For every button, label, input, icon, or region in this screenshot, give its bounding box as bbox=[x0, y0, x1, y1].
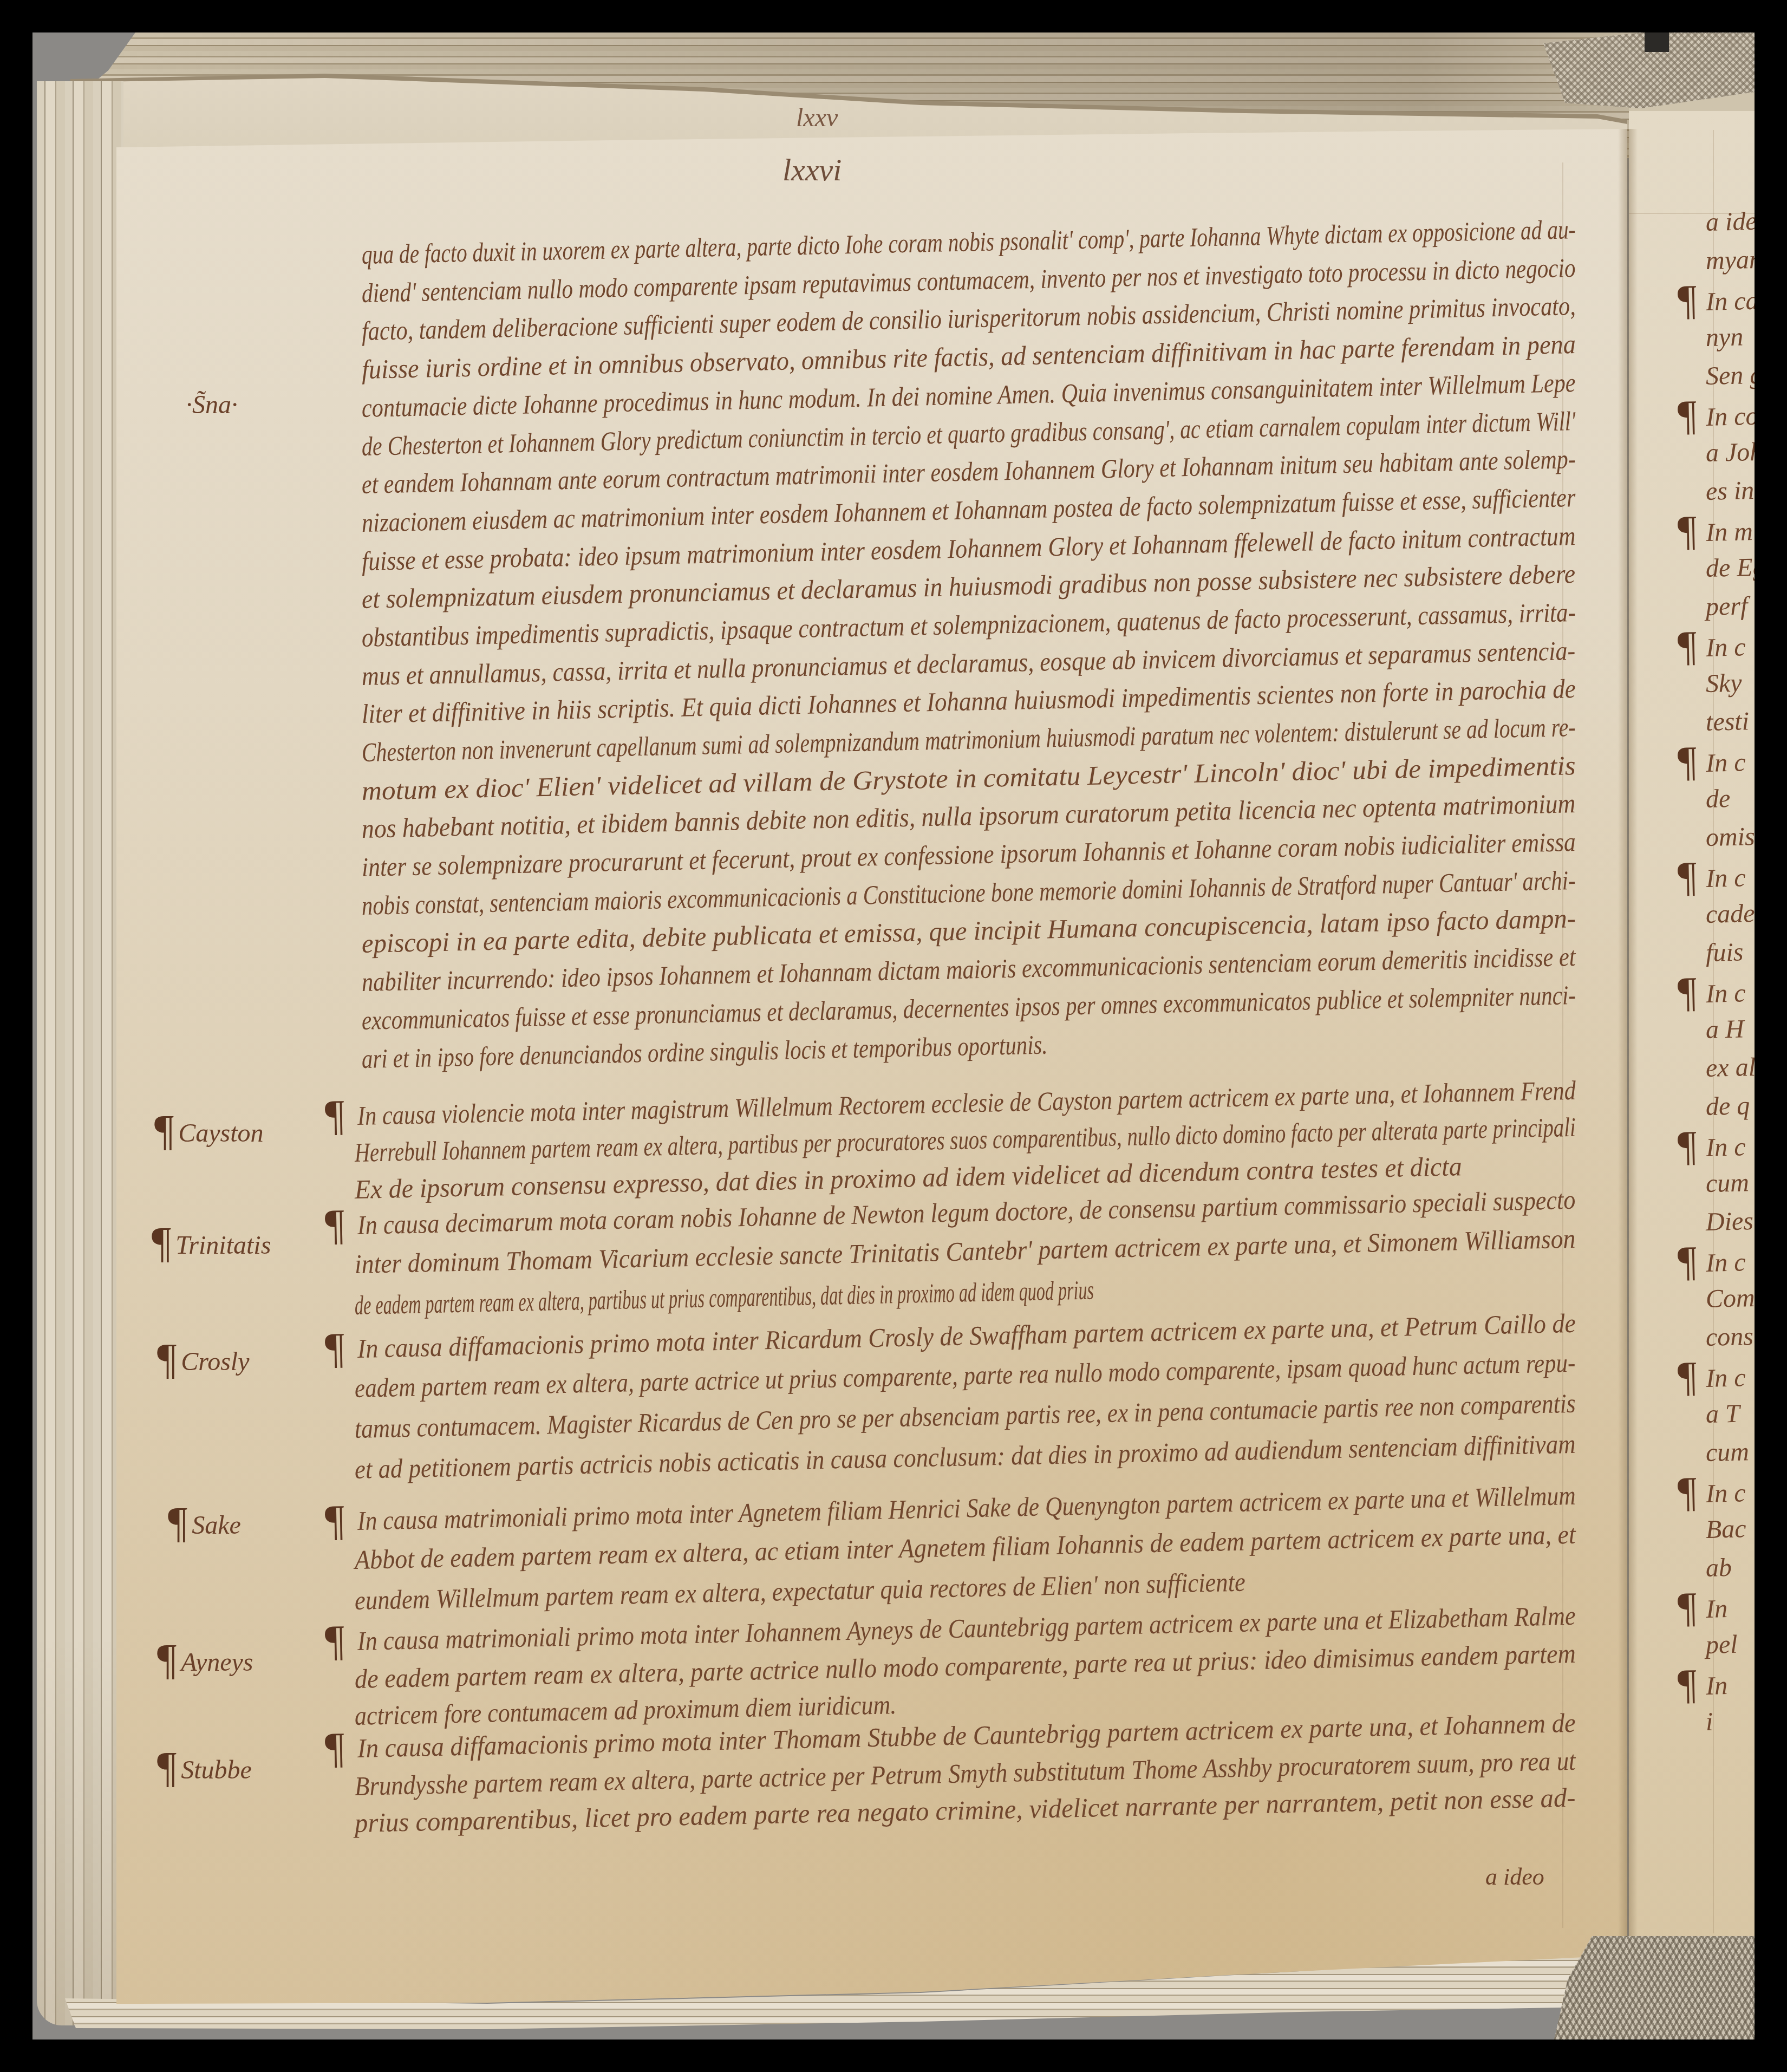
paragraph-mark: ¶ bbox=[324, 1732, 344, 1765]
facing-page-line: cade bbox=[1677, 897, 1755, 931]
facing-page-line: ¶In c bbox=[1677, 974, 1746, 1008]
paragraph-mark: ¶ bbox=[1677, 514, 1706, 547]
facing-page-line: fuis bbox=[1677, 936, 1744, 970]
binding-gutter bbox=[1618, 129, 1638, 1959]
facing-page-line: ¶In c bbox=[1677, 628, 1746, 662]
facing-page-line: testi bbox=[1677, 705, 1749, 739]
paragraph-mark bbox=[1678, 1541, 1706, 1542]
facing-page-line: a Joh bbox=[1677, 436, 1763, 470]
facing-page-line: ¶In c bbox=[1677, 859, 1746, 893]
margin-note-label: Sake bbox=[192, 1511, 241, 1540]
paragraph-mark bbox=[1678, 849, 1706, 850]
margin-note: ¶Ayneys bbox=[157, 1644, 253, 1676]
paragraph-mark bbox=[1678, 349, 1706, 350]
paragraph-mark bbox=[1678, 503, 1706, 504]
paragraph-mark: ¶ bbox=[1677, 1475, 1706, 1508]
paragraph-mark bbox=[1678, 1734, 1706, 1734]
paragraph-mark: ¶ bbox=[1677, 399, 1706, 432]
facing-page-line: Sen g bbox=[1677, 359, 1763, 393]
facing-page-line: ¶In c bbox=[1677, 744, 1746, 778]
frame-left bbox=[0, 0, 32, 2072]
margin-note-label: Ayneys bbox=[181, 1648, 253, 1677]
paragraph-mark bbox=[1678, 695, 1706, 696]
paragraph-mark: ¶ bbox=[324, 1099, 344, 1132]
paragraph-mark: ¶ bbox=[1677, 1667, 1706, 1700]
paragraph-mark: ¶ bbox=[157, 1744, 177, 1791]
facing-page-line: ¶In c bbox=[1677, 1128, 1746, 1162]
paragraph-mark: ¶ bbox=[1677, 1244, 1706, 1278]
paragraph-mark: ¶ bbox=[157, 1636, 177, 1684]
facing-page-line: cum bbox=[1677, 1167, 1749, 1201]
margin-note: ¶Crosly bbox=[157, 1343, 249, 1376]
facing-page-line: ex al bbox=[1677, 1051, 1756, 1085]
paragraph-mark: ¶ bbox=[154, 1107, 174, 1155]
paragraph-mark bbox=[1678, 811, 1706, 811]
facing-page-line: myan bbox=[1677, 244, 1762, 278]
paragraph-mark bbox=[1678, 1118, 1706, 1119]
paragraph-mark: ¶ bbox=[324, 1209, 344, 1242]
paragraph-mark bbox=[1678, 1041, 1706, 1042]
facing-page-line: Com bbox=[1677, 1282, 1755, 1316]
facing-page-line: es in bbox=[1677, 474, 1755, 509]
facing-page-line: perf bbox=[1677, 590, 1748, 624]
facing-page-line: i bbox=[1677, 1706, 1713, 1739]
binding-gap bbox=[1645, 32, 1669, 52]
facing-page-line: Dies bbox=[1677, 1205, 1753, 1239]
facing-page-line: de Eg bbox=[1677, 551, 1766, 585]
frame-right bbox=[1755, 0, 1787, 2072]
facing-page-line: ¶In co bbox=[1677, 398, 1759, 432]
paragraph-mark bbox=[1678, 580, 1706, 581]
facing-page-line: ¶In bbox=[1677, 1590, 1727, 1624]
facing-page-line: de q bbox=[1677, 1090, 1750, 1124]
frame-top bbox=[0, 0, 1787, 32]
facing-page-line: ab bbox=[1677, 1552, 1732, 1585]
paragraph-mark: ¶ bbox=[324, 1332, 344, 1365]
paragraph-mark bbox=[1678, 618, 1706, 619]
facing-page-line: cons bbox=[1677, 1320, 1753, 1354]
facing-page-line: Sky bbox=[1677, 667, 1742, 701]
paragraph-mark bbox=[1678, 1195, 1706, 1196]
margin-note-label: Stubbe bbox=[181, 1756, 252, 1784]
facing-page-line: ¶In bbox=[1677, 1667, 1727, 1700]
paragraph-mark: ¶ bbox=[324, 1625, 344, 1658]
margin-note-label: Crosly bbox=[181, 1347, 249, 1376]
facing-page-line: ¶In m bbox=[1677, 513, 1753, 547]
facing-page-line: a H bbox=[1677, 1013, 1744, 1047]
paragraph-mark bbox=[1678, 1464, 1706, 1465]
paragraph-mark bbox=[1678, 1580, 1706, 1580]
folio-number-previous: lxxv bbox=[796, 103, 838, 133]
paragraph-mark bbox=[1678, 1080, 1706, 1080]
paragraph-mark bbox=[1678, 388, 1706, 388]
margin-note: ¶Stubbe bbox=[157, 1751, 252, 1784]
margin-note: ¶Trinitatis bbox=[152, 1227, 271, 1259]
paragraph-mark bbox=[1678, 234, 1706, 234]
facing-page-line: ¶In c bbox=[1677, 1474, 1746, 1508]
paragraph-mark: ¶ bbox=[1677, 745, 1706, 778]
margin-note: ·S̃na· bbox=[181, 386, 238, 419]
paragraph-mark bbox=[1678, 1349, 1706, 1350]
paragraph-mark: ¶ bbox=[1677, 1360, 1706, 1393]
facing-page-line: ¶In c bbox=[1677, 1243, 1746, 1278]
paragraph-mark bbox=[1678, 272, 1706, 273]
paragraph-mark: ¶ bbox=[324, 1504, 344, 1537]
frame-bottom bbox=[0, 2040, 1787, 2072]
margin-note: ¶Cayston bbox=[154, 1115, 264, 1147]
paragraph-mark: ¶ bbox=[157, 1335, 177, 1383]
facing-page-line: a T bbox=[1677, 1398, 1740, 1431]
paragraph-mark: ¶ bbox=[1677, 629, 1706, 662]
paragraph-mark bbox=[1678, 1657, 1706, 1657]
folio-number: lxxvi bbox=[782, 152, 842, 188]
paragraph-mark: ¶ bbox=[1677, 283, 1706, 316]
facing-page-line: pel bbox=[1677, 1628, 1738, 1662]
paragraph-mark bbox=[1678, 1426, 1706, 1426]
binding-fabric-bottom bbox=[1554, 1936, 1755, 2040]
catchword: a ideo bbox=[1485, 1863, 1544, 1891]
margin-note-label: Trinitatis bbox=[175, 1231, 271, 1260]
paragraph-mark bbox=[1678, 1234, 1706, 1234]
paragraph-mark bbox=[1678, 965, 1706, 965]
paragraph-mark: ¶ bbox=[152, 1219, 171, 1267]
facing-page-line: de bbox=[1677, 783, 1731, 816]
paragraph-mark: ¶ bbox=[168, 1499, 187, 1547]
facing-page-line: nyn bbox=[1677, 321, 1744, 355]
paragraph-mark bbox=[1678, 734, 1706, 734]
facing-page-line: cum bbox=[1677, 1436, 1749, 1470]
paragraph-mark bbox=[1678, 465, 1706, 465]
paragraph-mark bbox=[1678, 1311, 1706, 1311]
paragraph-mark: ¶ bbox=[1677, 1591, 1706, 1624]
paragraph-mark bbox=[1678, 926, 1706, 927]
paragraph-mark: ¶ bbox=[1677, 975, 1706, 1008]
facing-page-line: Bac bbox=[1677, 1513, 1746, 1547]
margin-note-label: ·S̃na· bbox=[186, 390, 238, 419]
margin-note-label: Cayston bbox=[178, 1119, 263, 1148]
facing-page-line: omis bbox=[1677, 820, 1755, 855]
paragraph-mark: ¶ bbox=[1677, 860, 1706, 893]
paragraph-mark: ¶ bbox=[1677, 1129, 1706, 1162]
stacked-leaf-edges-left bbox=[37, 81, 123, 2025]
facing-page-line: a ide bbox=[1677, 205, 1757, 239]
facing-page-line: ¶In c bbox=[1677, 1359, 1746, 1393]
margin-note: ¶Sake bbox=[168, 1507, 241, 1539]
